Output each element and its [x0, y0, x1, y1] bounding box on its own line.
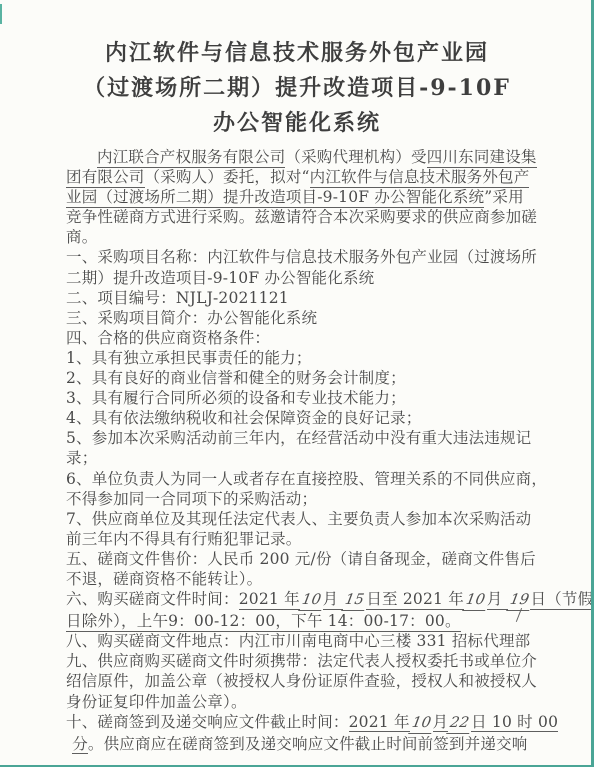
text-line: 不退，磋商资格不能转让）。 — [66, 569, 542, 589]
text-line: 4、具有依法缴纳税收和社会保障资金的良好记录； — [66, 408, 542, 428]
text-line: 3、具有履行合同所必须的设备和专业技术能力； — [66, 388, 542, 408]
handwritten-number: 15 — [342, 590, 369, 611]
handwritten-number: 10 — [298, 590, 325, 611]
text-line: 五、磋商文件售价：人民币 200 元/份（请自备现金，磋商文件售后 — [66, 549, 542, 569]
text-segment: 三、采购项目简介：办公智能化系统 — [66, 309, 317, 327]
text-segment: 不退，磋商资格不能转让）。 — [66, 570, 262, 588]
text-segment: 二期）提升改造项目-9-10F 办公智能化系统 — [66, 269, 374, 287]
text-segment: 日至 2021 年 — [366, 590, 464, 610]
text-line: 5、参加本次采购活动前三年内，在经营活动中没有重大违法违规记 — [66, 428, 542, 448]
text-line: 业园（过渡场所二期）提升改造项目-9-10F 办公智能化系统”采用 — [66, 187, 542, 207]
text-line: 日除外），上午9：00-12：00，下午 14：00-17：00。 — [66, 611, 542, 631]
text-segment: 3、具有履行合同所必须的设备和专业技术能力； — [66, 389, 406, 407]
document-title: 内江软件与信息技术服务外包产业园 （过渡场所二期）提升改造项目-9-10F 办公… — [0, 0, 594, 141]
text-line: 7、供应商单位及其现任法定代表人、主要负责人参加本次采购活动 — [66, 509, 542, 529]
text-segment: 业园（过渡场所二期）提升改造项目-9-10F 办公智能化系统 — [66, 188, 484, 208]
text-line: 二、项目编号：NJLJ-2021121 — [66, 288, 542, 308]
text-segment: 八、购买磋商文件地点：内江市川南电商中心三楼 331 招标代理部 — [66, 632, 530, 650]
text-line: 身份证复印件加盖公章）。 — [66, 692, 542, 712]
text-segment: 日除外），上午9：00-12：00，下午 14：00-17：00。 — [66, 612, 461, 632]
handwritten-number: 22 — [446, 713, 473, 734]
text-segment: ”采用 — [484, 188, 524, 206]
text-segment: 身份证复印件加盖公章）。 — [66, 693, 247, 711]
text-line: 录； — [66, 448, 542, 468]
text-line: 2、具有良好的商业信誉和健全的财务会计制度； — [66, 368, 542, 388]
text-line: 6、单位负责人为同一人或者存在直接控股、管理关系的不同供应商， — [66, 469, 542, 489]
text-line: 绍信原件，加盖公章（被授权人身份证原件查验，授权人和被授权人 — [66, 671, 542, 691]
text-segment: 录； — [66, 449, 97, 467]
text-segment: 竞争性磋商方式进行采购。兹邀请符合本次采购要求的供应商参加磋 — [66, 208, 537, 226]
text-line: 分。供应商应在磋商签到及递交响应文件截止时间前签到并递交响 — [66, 734, 542, 754]
handwritten-number: 10 — [462, 590, 489, 611]
text-line: 内江联合产权服务有限公司（采购代理机构）受四川东同建设集 — [66, 147, 542, 167]
text-line: 不得参加同一合同项下的采购活动； — [66, 489, 542, 509]
text-segment: 6、单位负责人为同一人或者存在直接控股、管理关系的不同供应商， — [66, 470, 547, 488]
text-line: 前三年内不得具有行贿犯罪记录。 — [66, 529, 542, 549]
text-line: 二期）提升改造项目-9-10F 办公智能化系统 — [66, 268, 542, 288]
text-segment: 月 — [323, 590, 344, 610]
text-segment: 一、采购项目名称：内江软件与信息技术服务外包产业园（过渡场所 — [66, 248, 537, 266]
text-line: 八、购买磋商文件地点：内江市川南电商中心三楼 331 招标代理部 — [66, 631, 542, 651]
text-segment: 4、具有依法缴纳税收和社会保障资金的良好记录； — [66, 409, 421, 427]
text-segment: 内江软件与信息技术服务外包产 — [310, 168, 530, 188]
text-segment: 五、磋商文件售价：人民币 200 元/份（请自备现金，磋商文件售后 — [66, 550, 536, 568]
text-segment: 月 — [487, 590, 508, 610]
title-line: 内江软件与信息技术服务外包产业园 — [0, 36, 594, 71]
text-segment: 不得参加同一合同项下的采购活动； — [66, 490, 317, 508]
text-segment: 内江联合产权服务有限公司 — [97, 148, 285, 168]
text-segment: 四川东同建设集 — [427, 148, 537, 168]
text-segment: 2、具有良好的商业信誉和健全的财务会计制度； — [66, 369, 406, 387]
text-line: 商。 — [66, 227, 542, 247]
text-segment: 四、合格的供应商资格条件： — [66, 329, 270, 347]
text-segment: 绍信原件，加盖公章（被授权人身份证原件查验，授权人和被授权人 — [66, 672, 537, 690]
text-line: 六、购买磋商文件时间：2021 年10月 15日至 2021 年10月 19日（… — [66, 589, 542, 611]
text-segment: 5、参加本次采购活动前三年内，在经营活动中没有重大违法违规记 — [66, 429, 531, 447]
text-line: 四、合格的供应商资格条件： — [66, 328, 542, 348]
handwritten-number: 19 — [506, 590, 533, 611]
text-segment: 分 — [72, 735, 88, 755]
text-line: 十、磋商签到及递交响应文件截止时间：2021 年10月22日 10 时 00 — [66, 712, 542, 734]
text-line: 一、采购项目名称：内江软件与信息技术服务外包产业园（过渡场所 — [66, 247, 542, 267]
title-line: （过渡场所二期）提升改造项目-9-10F — [0, 71, 594, 106]
scan-corner-mark — [0, 4, 2, 24]
text-segment: （采购人）委托，拟对“ — [145, 168, 310, 186]
text-segment: 日（节假 — [530, 590, 593, 610]
text-segment: 团有限公司 — [66, 168, 145, 188]
text-segment: 九、供应商购买磋商文件时须携带：法定代表人授权委托书或单位介 — [66, 652, 537, 670]
text-segment: 日 10 时 00 — [471, 713, 558, 733]
text-line: 竞争性磋商方式进行采购。兹邀请符合本次采购要求的供应商参加磋 — [66, 207, 542, 227]
title-line: 办公智能化系统 — [0, 106, 594, 141]
text-segment: 7、供应商单位及其现任法定代表人、主要负责人参加本次采购活动 — [66, 510, 531, 528]
scanned-page: 内江软件与信息技术服务外包产业园 （过渡场所二期）提升改造项目-9-10F 办公… — [0, 0, 594, 767]
text-line: 1、具有独立承担民事责任的能力； — [66, 348, 542, 368]
text-segment: 1、具有独立承担民事责任的能力； — [66, 349, 312, 367]
text-segment: 商。 — [66, 228, 97, 246]
text-segment: （采购代理机构）受 — [285, 148, 426, 166]
text-segment: 前三年内不得具有行贿犯罪记录。 — [66, 530, 302, 548]
text-line: 三、采购项目简介：办公智能化系统 — [66, 308, 542, 328]
text-segment: 2021 年 — [239, 590, 300, 610]
text-segment: 二、项目编号：NJLJ-2021121 — [66, 289, 289, 307]
document-body: 内江联合产权服务有限公司（采购代理机构）受四川东同建设集团有限公司（采购人）委托… — [66, 147, 542, 754]
text-segment: 2021 年 — [349, 713, 410, 733]
text-segment: 六、购买磋商文件时间： — [66, 590, 239, 608]
text-line: 团有限公司（采购人）委托，拟对“内江软件与信息技术服务外包产 — [66, 167, 542, 187]
text-segment: 。供应商应在磋商签到及递交响应文件截止时间前签到并递交响 — [88, 735, 528, 753]
text-line: 九、供应商购买磋商文件时须携带：法定代表人授权委托书或单位介 — [66, 651, 542, 671]
text-segment: 十、磋商签到及递交响应文件截止时间： — [66, 713, 349, 731]
handwritten-number: 10 — [408, 713, 435, 734]
